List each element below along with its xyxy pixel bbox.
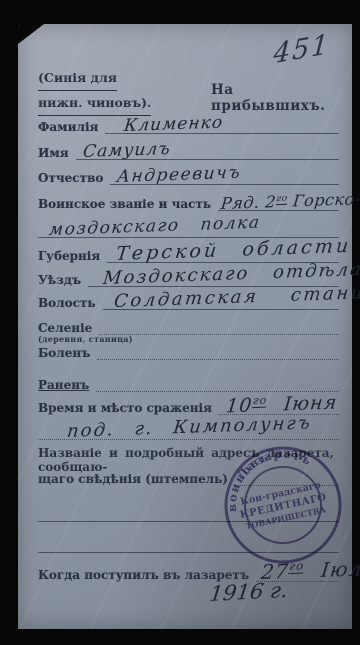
surname-value: Клименко (123, 113, 224, 136)
field-province: Губернія Терской области (38, 245, 339, 263)
field-patronymic: Отчество Андреевичъ (38, 167, 339, 185)
rank-unit-line: Ряд. 2го Горско- (218, 192, 339, 211)
rank-unit-line2: моздокскаго полка (38, 219, 339, 238)
patronymic-label: Отчество (38, 171, 110, 185)
field-battle-continued: под. г. Кимполунгъ (38, 422, 339, 440)
first-name-label: Имя (38, 146, 76, 160)
field-admitted: Когда поступилъ въ лазаретъ 27го Іюля (38, 564, 339, 582)
form-paper: 451 (Синія для нижн. чиновъ). На прибывш… (18, 24, 352, 629)
field-wounded: Раненъ (38, 374, 339, 392)
battle-line: 10го Іюня (219, 396, 339, 415)
form-title: На прибывшихъ. (211, 82, 352, 114)
rank-unit-value: Ряд. 2го Горско- (220, 189, 360, 213)
sick-line (97, 341, 339, 360)
rank-unit-label: Воинское званіе и часть (38, 197, 218, 211)
patronymic-value: Андреевичъ (116, 163, 242, 187)
battle-line2: под. г. Кимполунгъ (38, 421, 339, 440)
village-line (99, 316, 339, 335)
volost-line: Солдатская станица (103, 291, 340, 310)
corner-note: (Синія для нижн. чиновъ). (38, 66, 168, 116)
battle-label: Время и мѣсто сраженія (38, 401, 219, 415)
field-volost: Волость Солдатская станица (38, 292, 339, 310)
value-text: Горско- (286, 189, 360, 211)
paper-corner-fold (18, 24, 44, 44)
corner-note-line2: нижн. чиновъ). (38, 91, 151, 116)
province-label: Губернія (38, 249, 107, 263)
first-name-value: Самуилъ (82, 139, 172, 162)
volost-label: Волость (38, 296, 103, 310)
admitted-label: Когда поступилъ въ лазаретъ (38, 568, 256, 582)
value-text: 10 (225, 394, 254, 417)
field-surname: Фамилія Клименко (38, 116, 339, 134)
first-name-line: Самуилъ (76, 141, 339, 160)
rank-unit-value-continued: моздокскаго полка (48, 213, 262, 240)
scanned-document: 451 (Синія для нижн. чиновъ). На прибывш… (0, 0, 360, 645)
page-number: 451 (272, 29, 331, 71)
wounded-label: Раненъ (38, 378, 96, 392)
corner-note-line1: (Синія для (38, 66, 117, 91)
district-label: Уѣздъ (38, 273, 88, 287)
hospital-stamp: Лазаретъ воиновъ Кон-градскаго КРЕДИТНАГ… (211, 433, 356, 578)
field-rank-unit: Воинское званіе и часть Ряд. 2го Горско- (38, 193, 339, 211)
hospital-label-line2: щаго свѣдѣнія (штемпель) (38, 472, 235, 486)
field-rank-unit-continued: моздокскаго полка (38, 220, 339, 238)
admitted-year-value: 1916 г. (208, 578, 289, 606)
field-first-name: Имя Самуилъ (38, 142, 339, 160)
battle-value-continued: под. г. Кимполунгъ (66, 413, 313, 442)
surname-line: Клименко (105, 115, 339, 134)
value-text: Ряд. 2 (220, 192, 277, 213)
field-village: Селеніе (деревня, станица) (38, 317, 339, 335)
wounded-line (96, 373, 339, 392)
patronymic-line: Андреевичъ (110, 166, 339, 185)
sick-label: Боленъ (38, 346, 97, 360)
surname-label: Фамилія (38, 120, 105, 134)
field-sick: Боленъ (38, 342, 339, 360)
village-label: Селеніе (38, 321, 99, 335)
